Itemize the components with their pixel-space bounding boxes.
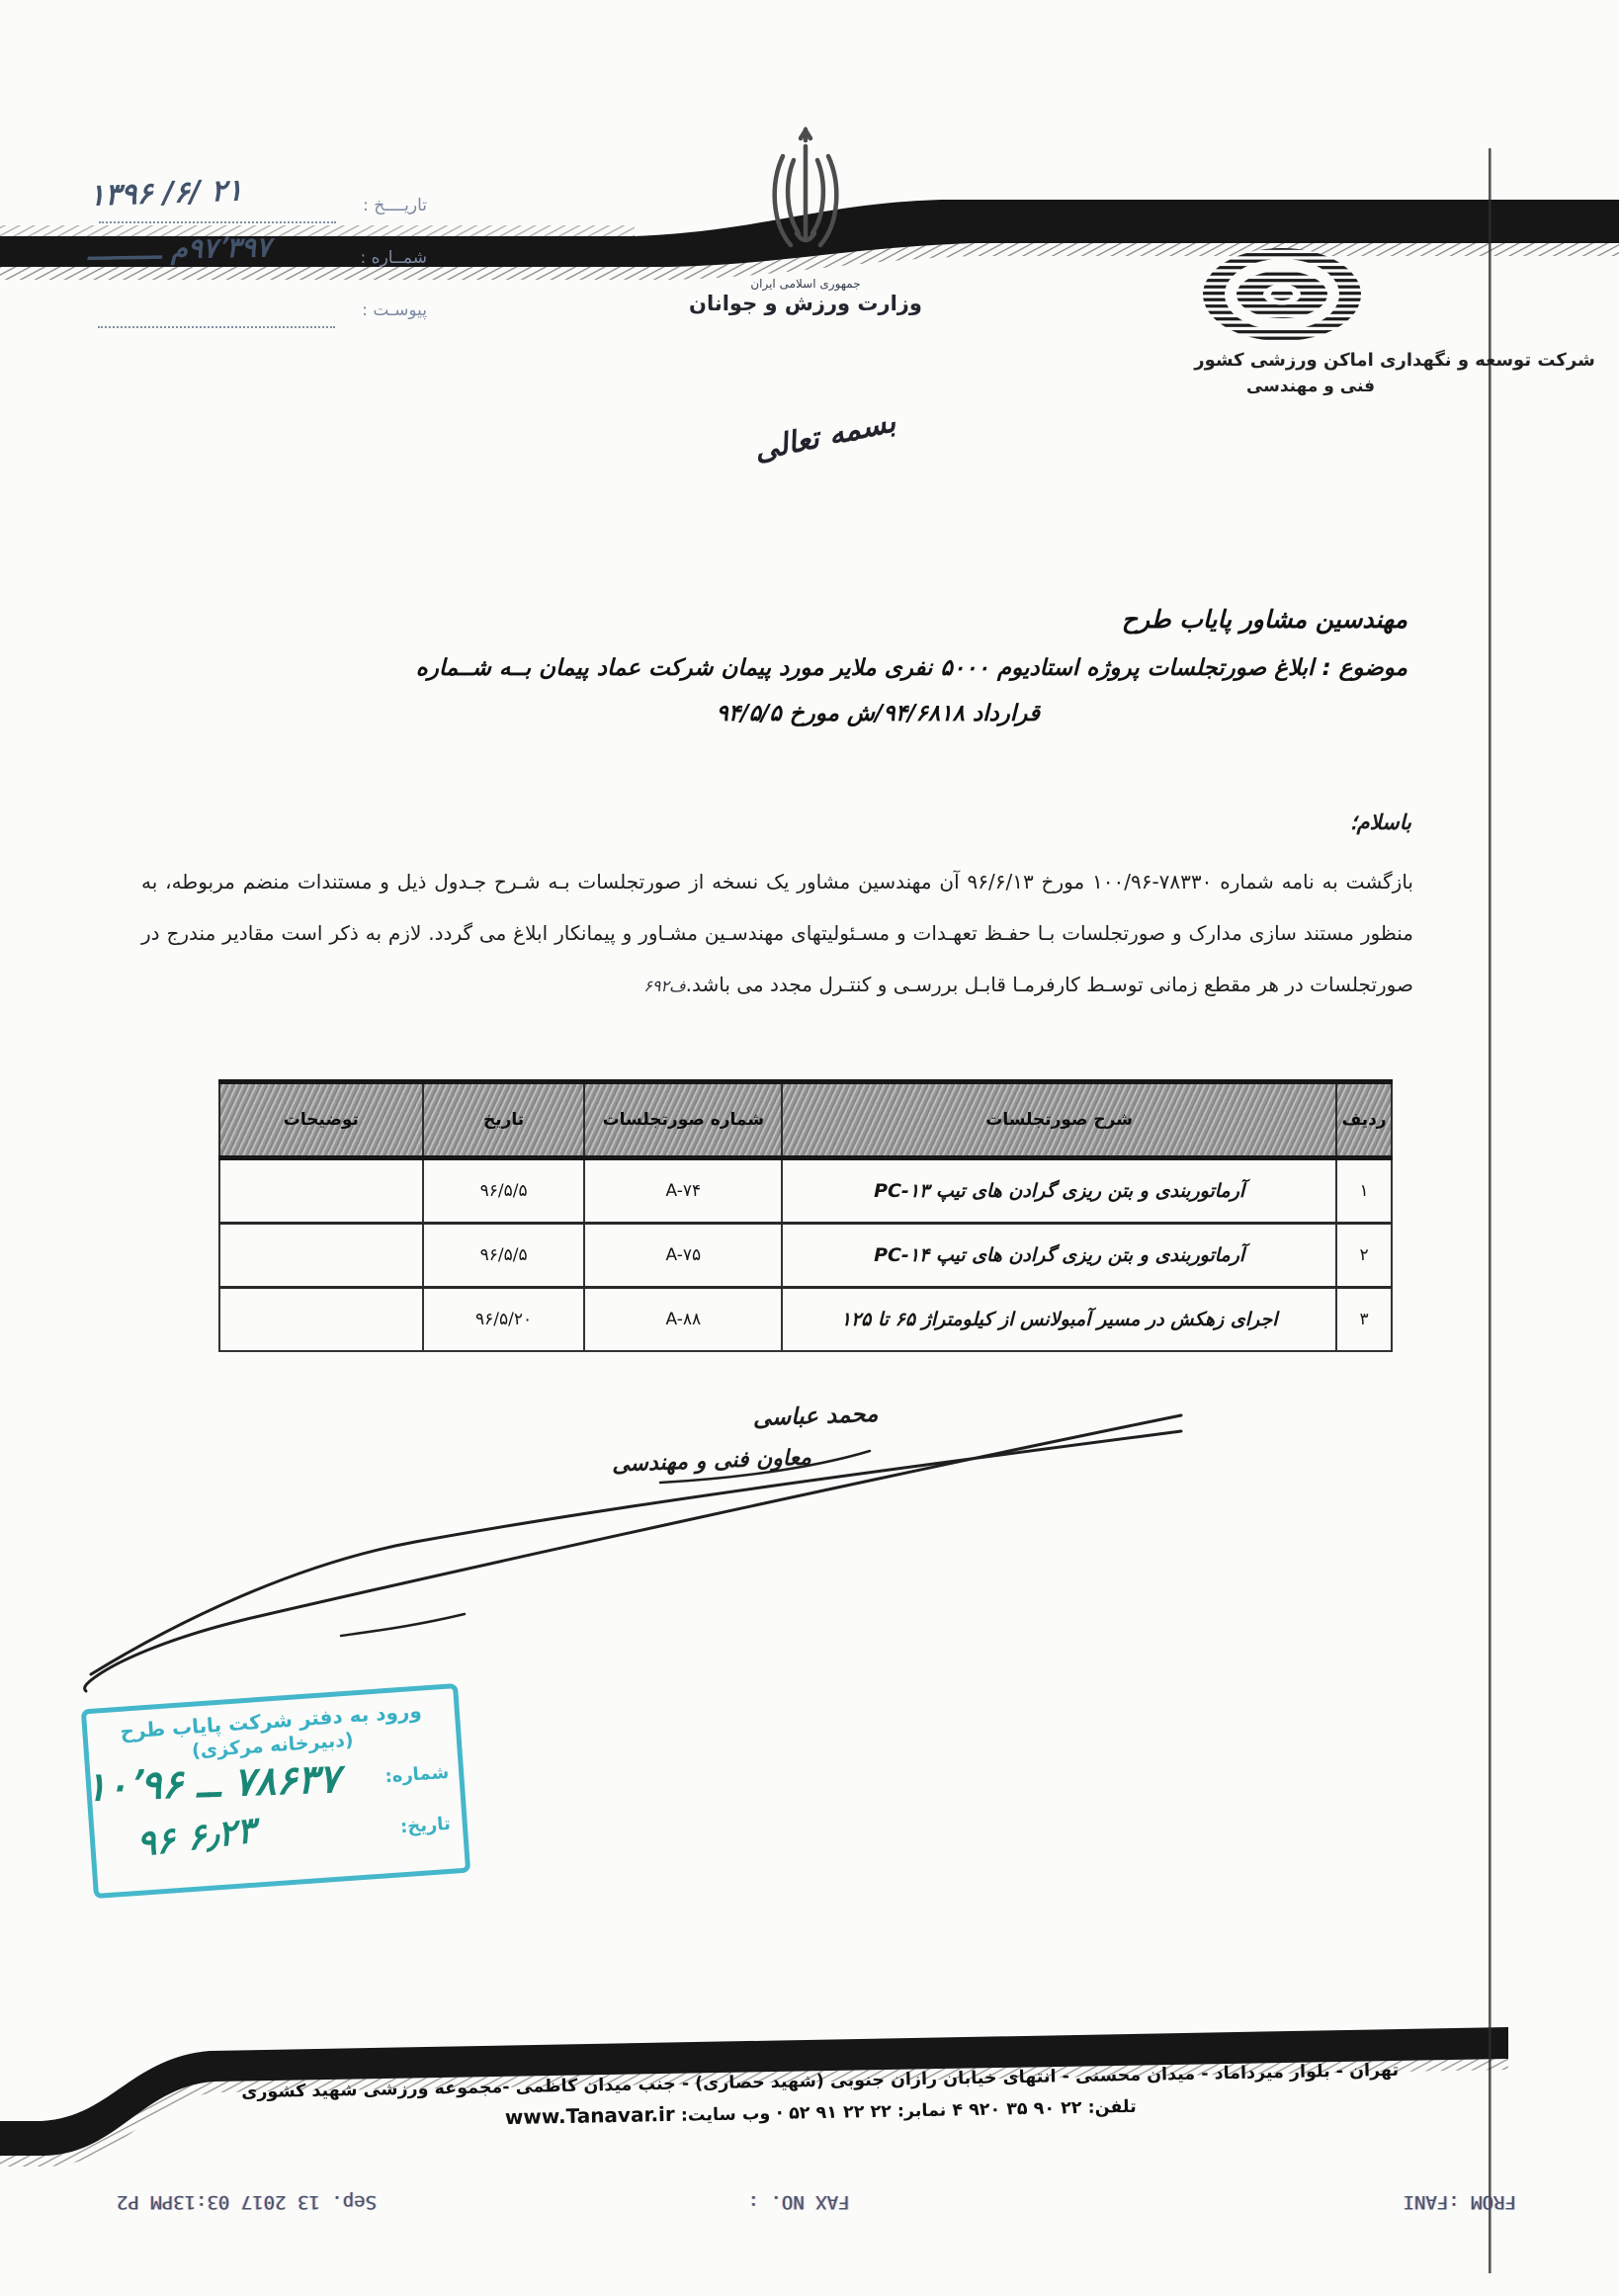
- scan-fold-line: [1489, 148, 1491, 2273]
- row-description: اجرای زهکش در مسیر آمبولانس از کیلومتراژ…: [782, 1288, 1336, 1352]
- date-label: تاریــــخ :: [363, 188, 427, 215]
- company-name: شرکت توسعه و نگهداری اماکن ورزشی کشور: [1171, 350, 1618, 371]
- table-row: ۱ آرماتوربندی و بتن ریزی گرادن های تیپ P…: [219, 1158, 1392, 1224]
- entry-stamp: ورود به دفتر شرکت پایاب طرح (دبیرخانه مر…: [81, 1683, 470, 1899]
- body-text: مورخ: [1034, 870, 1092, 893]
- date-value: ۱۳۹۶ /۶/ ۲۱: [93, 188, 352, 227]
- letter-body: بازگشت به نامه شماره ۱۰۰/۹۶-۷۸۳۳۰ مورخ ۹…: [141, 856, 1413, 1012]
- subject-line-2: قرارداد ۹۴/۶۸۱۸/ش مورخ ۹۴/۵/۵: [207, 701, 1040, 726]
- stamp-handwritten-date: ۹۶ ۶٫۲۳: [134, 1811, 258, 1865]
- recipient-line: مهندسین مشاور پایاب طرح: [207, 605, 1407, 634]
- ministry-name: وزارت ورزش و جوانان: [687, 292, 924, 315]
- col-minute-number: شماره صورتجلسات: [584, 1082, 782, 1158]
- handwritten-date: ۱۳۹۶ /۶/ ۲۱: [88, 173, 243, 213]
- col-notes: توضیحات: [219, 1082, 423, 1158]
- type-code: PC-۱۳: [874, 1180, 929, 1202]
- reference-number: ۱۰۰/۹۶-۷۸۳۳۰: [1092, 856, 1212, 907]
- minute-date: ۹۶/۵/۵: [480, 1181, 528, 1201]
- fax-label: نمابر:: [892, 2100, 953, 2121]
- reference-date: ۹۶/۶/۱۳: [968, 856, 1034, 907]
- iran-emblem-icon: [758, 127, 853, 275]
- fax-number-field: FAX NO. :: [748, 2191, 850, 2213]
- number-label: شمــاره :: [361, 240, 427, 268]
- meta-number-row: شمــاره : ـــــــــ م۹۷٬۳۹۷: [51, 240, 427, 286]
- description-text: آرماتوربندی و بتن ریزی گرادن های تیپ: [929, 1244, 1244, 1266]
- letter-heading: مهندسین مشاور پایاب طرح موضوع : ابلاغ صو…: [207, 605, 1407, 726]
- contract-number: ۹۴/۶۸۱۸: [883, 701, 965, 726]
- row-description: آرماتوربندی و بتن ریزی گرادن های تیپ PC-…: [782, 1224, 1336, 1288]
- row-number: ۳: [1336, 1288, 1392, 1352]
- dotted-line: [99, 221, 336, 223]
- row-number: ۲: [1336, 1224, 1392, 1288]
- row-description: آرماتوربندی و بتن ریزی گرادن های تیپ PC-…: [782, 1158, 1336, 1224]
- meta-attachment-row: پیوسـت :: [51, 293, 427, 338]
- type-code: PC-۱۴: [874, 1244, 929, 1266]
- phone-number: ۴ ۹۲۰ ۳۵ ۹۰ ۲۲: [952, 2098, 1082, 2121]
- stamp-date-label: تاریخ:: [399, 1814, 451, 1837]
- dated-word: /ش مورخ: [782, 701, 884, 726]
- row-minute-number: A-۷۵: [584, 1224, 782, 1288]
- contract-date: ۹۴/۵/۵: [717, 701, 782, 726]
- col-description: شرح صورتجلسات: [782, 1082, 1336, 1158]
- attachment-label: پیوسـت :: [362, 293, 427, 320]
- attachment-value: [92, 293, 351, 332]
- row-minute-number: A-۷۴: [584, 1158, 782, 1224]
- description-text: اجرای زهکش در مسیر آمبولانس از کیلومتراژ…: [841, 1309, 1278, 1330]
- company-division: فنی و مهندسی: [1087, 377, 1534, 396]
- description-text: آرماتوربندی و بتن ریزی گرادن های تیپ: [929, 1180, 1244, 1202]
- table-row: ۳ اجرای زهکش در مسیر آمبولانس از کیلومتر…: [219, 1288, 1392, 1352]
- fax-from: FROM :FANI: [1404, 2191, 1516, 2213]
- col-date: تاریخ: [423, 1082, 585, 1158]
- scanned-letter-page: تاریــــخ : ۱۳۹۶ /۶/ ۲۱ شمــاره : ــــــ…: [0, 0, 1619, 2296]
- dotted-line: [98, 326, 335, 328]
- minute-number: A-۷۵: [666, 1245, 702, 1265]
- stamp-number-label: شماره:: [384, 1762, 450, 1787]
- handwritten-number: ـــــــــ م۹۷٬۳۹۷: [88, 230, 272, 266]
- letterhead-center: جمهوری اسلامی ایران وزارت ورزش و جوانان: [687, 127, 924, 315]
- company-logo-icon: [1198, 245, 1366, 344]
- meta-date-row: تاریــــخ : ۱۳۹۶ /۶/ ۲۱: [51, 188, 427, 233]
- minute-number: A-۷۴: [666, 1181, 702, 1201]
- body-text: بازگشت به نامه شماره: [1212, 870, 1413, 893]
- website-url: www.Tanavar.ir: [505, 2102, 675, 2129]
- salutation: باسلام؛: [1350, 810, 1411, 834]
- table-row: ۲ آرماتوربندی و بتن ریزی گرادن های تیپ P…: [219, 1224, 1392, 1288]
- emblem-caption: جمهوری اسلامی ایران: [687, 277, 924, 291]
- minutes-table: ردیف شرح صورتجلسات شماره صورتجلسات تاریخ…: [218, 1079, 1393, 1352]
- row-minute-number: A-۸۸: [584, 1288, 782, 1352]
- row-number: ۱: [1336, 1158, 1392, 1224]
- minute-number: A-۸۸: [666, 1310, 702, 1329]
- fax-number: ۵۲ ۹۱ ۲۲ ۲۲: [789, 2102, 892, 2124]
- row-note: [219, 1288, 423, 1352]
- stamp-handwritten-number: ۱۰٬۹۶ ــ ۷۸۶۳۷: [85, 1756, 341, 1811]
- contract-word: قرارداد: [965, 701, 1040, 726]
- number-value: ـــــــــ م۹۷٬۳۹۷: [90, 240, 349, 280]
- row-date: ۹۶/۵/۲۰: [423, 1288, 585, 1352]
- row-note: [219, 1224, 423, 1288]
- table-header-row: ردیف شرح صورتجلسات شماره صورتجلسات تاریخ…: [219, 1082, 1392, 1158]
- company-block: شرکت توسعه و نگهداری اماکن ورزشی کشور فن…: [1171, 245, 1618, 396]
- col-row-number: ردیف: [1336, 1082, 1392, 1158]
- row-note: [219, 1158, 423, 1224]
- row-date: ۹۶/۵/۵: [423, 1224, 585, 1288]
- row-date: ۹۶/۵/۵: [423, 1158, 585, 1224]
- phone-label: تلفن:: [1081, 2097, 1137, 2118]
- website-label: · وب سایت:: [675, 2104, 790, 2126]
- minute-date: ۹۶/۵/۲۰: [475, 1310, 532, 1329]
- fax-timestamp: Sep. 13 2017 03:13PM P2: [117, 2191, 377, 2213]
- signature-strokes: [59, 1384, 1206, 1710]
- subject-line-1: موضوع : ابلاغ صورتجلسات پروژه استادیوم ۵…: [207, 655, 1407, 681]
- minute-date: ۹۶/۵/۵: [480, 1245, 528, 1265]
- handwritten-initial: ۶۹۲ف: [643, 961, 685, 1012]
- fax-header-line: FROM :FANI FAX NO. : Sep. 13 2017 03:13P…: [0, 2179, 1619, 2225]
